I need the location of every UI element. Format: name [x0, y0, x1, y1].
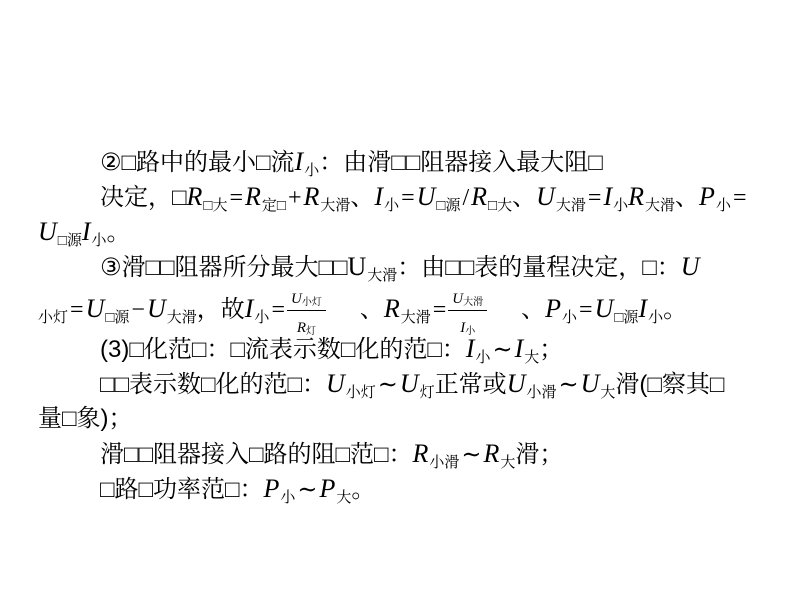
math-variable: I小: [245, 294, 270, 323]
cn-text: 正常或: [435, 371, 507, 398]
cn-text: ，故: [197, 296, 245, 323]
math-variable: U□源: [38, 217, 82, 246]
cn-text: 、: [675, 184, 699, 211]
cn-text: 决定，□: [100, 184, 187, 211]
math-operator: ∼: [556, 372, 580, 398]
math-variable: R大: [484, 439, 516, 468]
math-subscript: 定□: [262, 197, 286, 214]
fraction: U小灯R灯: [287, 284, 326, 337]
fraction: U大滑I小: [448, 284, 487, 337]
math-variable: R大滑: [304, 182, 351, 211]
math-subscript: □大: [203, 197, 227, 214]
math-variable: R小滑: [412, 439, 459, 468]
cn-text: ；: [539, 336, 563, 363]
text-line: ②□路中的最小□流I小：由滑□□阻器接入最大阻□: [100, 144, 778, 179]
math-variable: I小: [82, 217, 107, 246]
math-subscript: 小灯: [346, 384, 376, 401]
math-operator: =: [227, 185, 245, 211]
math-variable: U灯: [400, 369, 435, 398]
math-variable: U□源: [417, 182, 461, 211]
math-subscript: 大滑: [463, 297, 483, 308]
cn-text: □□表示数□化的范□：: [100, 371, 326, 398]
math-variable: U大滑: [147, 294, 197, 323]
math-variable: I小: [466, 334, 491, 363]
slide-content: ②□路中的最小□流I小：由滑□□阻器接入最大阻□决定，□R□大=R定□+R大滑、…: [38, 144, 778, 506]
math-subscript: 小: [92, 232, 107, 249]
math-variable: R□大: [471, 182, 512, 211]
math-subscript: □源: [436, 197, 460, 214]
math-operator: =: [577, 297, 595, 323]
cn-text: 量□象)；: [38, 405, 133, 432]
math-operator: =: [586, 185, 604, 211]
cn-text: 、: [521, 296, 545, 323]
math-subscript: 大滑: [320, 197, 350, 214]
text-line: (3)□化范□：□流表示数□化的范□：I小∼I大；: [100, 331, 778, 366]
math-subscript: 大滑: [401, 309, 431, 326]
math-operator: =: [399, 185, 417, 211]
cn-text: 、: [512, 184, 536, 211]
math-subscript: 小: [562, 309, 577, 326]
math-variable: I小: [603, 182, 628, 211]
math-variable: U小灯: [326, 369, 376, 398]
math-subscript: 大: [600, 384, 615, 401]
math-variable: U: [291, 291, 302, 307]
math-subscript: □源: [105, 309, 129, 326]
text-line: ③滑□□阻器所分最大□□U大滑：由□□表的量程决定，□：U: [100, 249, 778, 284]
math-operator: =: [269, 297, 287, 323]
math-variable: P小: [545, 294, 577, 323]
text-line: 滑□□阻器接入□路的阻□范□：R小滑∼R大滑；: [100, 436, 778, 471]
math-variable: I小: [638, 294, 663, 323]
cn-text: ：由□□表的量程决定，□：: [397, 254, 681, 281]
cn-text: ③滑□□阻器所分最大□□: [100, 254, 348, 281]
math-variable: U大滑: [348, 252, 398, 281]
math-subscript: 大: [500, 454, 515, 471]
math-variable: U□源: [595, 294, 639, 323]
math-variable: R□大: [187, 182, 228, 211]
text-line: □□表示数□化的范□：U小灯∼U灯正常或U小滑∼U大滑(□察其□: [100, 366, 778, 401]
math-operator: ∼: [295, 477, 319, 503]
math-variable: P大: [320, 474, 352, 503]
math-subscript: 小: [475, 349, 490, 366]
text-line: 量□象)；: [38, 401, 778, 436]
math-operator: +: [286, 185, 304, 211]
math-subscript: 小: [716, 197, 731, 214]
math-subscript: 灯: [420, 384, 435, 401]
cn-text: 滑(□察其□: [615, 371, 724, 398]
math-subscript: 大: [336, 489, 351, 506]
cn-text: 滑□□阻器接入□路的阻□范□：: [100, 441, 412, 468]
text-line: 决定，□R□大=R定□+R大滑、I小=U□源/R□大、U大滑=I小R大滑、P小=: [100, 179, 778, 214]
cn-text: □路□功率范□：: [100, 476, 264, 503]
math-operator: /: [460, 185, 471, 211]
math-variable: P小: [699, 182, 731, 211]
math-subscript: □源: [58, 232, 82, 249]
fraction-numerator: U小灯: [287, 284, 326, 311]
cn-text: ②□路中的最小□流: [100, 149, 295, 176]
math-variable: I小: [295, 147, 320, 176]
cn-text: 。: [351, 476, 375, 503]
math-subscript: 小: [254, 309, 269, 326]
math-variable: U: [452, 291, 463, 307]
math-subscript: 小: [280, 489, 295, 506]
text-line: □路□功率范□：P小∼P大。: [100, 471, 778, 506]
cn-text: (3)□化范□：□流表示数□化的范□：: [100, 336, 466, 363]
math-variable: U□源: [86, 294, 130, 323]
math-variable: U大: [581, 369, 616, 398]
math-variable: I大: [515, 334, 540, 363]
math-variable: U: [681, 252, 700, 281]
math-subscript: 大: [524, 349, 539, 366]
cn-text: 、: [360, 296, 384, 323]
math-subscript: □源: [614, 309, 638, 326]
math-subscript: 大滑: [645, 197, 675, 214]
math-subscript: 大滑: [167, 309, 197, 326]
subscript-text: 小灯: [38, 309, 68, 326]
math-variable: R大滑: [384, 294, 431, 323]
math-subscript: 小灯: [302, 297, 322, 308]
math-operator: ∼: [491, 337, 515, 363]
math-variable: U大滑: [536, 182, 586, 211]
text-line: U□源I小。: [38, 214, 778, 249]
math-subscript: 小滑: [526, 384, 556, 401]
math-operator: =: [68, 297, 86, 323]
math-operator: ∼: [459, 442, 483, 468]
math-variable: U小滑: [507, 369, 557, 398]
math-variable: I小: [374, 182, 399, 211]
math-variable: R大滑: [628, 182, 675, 211]
math-subscript: 小: [384, 197, 399, 214]
math-subscript: 大滑: [367, 267, 397, 284]
math-subscript: 大滑: [556, 197, 586, 214]
math-variable: R定□: [245, 182, 286, 211]
math-operator: ∼: [376, 372, 400, 398]
text-line: 小灯=U□源−U大滑，故I小=U小灯R灯、R大滑=U大滑I小、P小=U□源I小。: [38, 284, 778, 331]
math-variable: P小: [264, 474, 296, 503]
cn-text: ：由滑□□阻器接入最大阻□: [319, 149, 603, 176]
cn-text: 滑；: [515, 441, 563, 468]
cn-text: 。: [107, 219, 131, 246]
math-subscript: 小: [613, 197, 628, 214]
math-operator: =: [431, 297, 449, 323]
cn-text: 、: [350, 184, 374, 211]
math-subscript: 小: [304, 162, 319, 179]
fraction-numerator: U大滑: [448, 284, 487, 311]
math-subscript: 小滑: [429, 454, 459, 471]
math-operator: −: [129, 297, 147, 323]
cn-text: 。: [663, 296, 687, 323]
math-subscript: □大: [488, 197, 512, 214]
math-operator: =: [731, 185, 749, 211]
slide: ②□路中的最小□流I小：由滑□□阻器接入最大阻□决定，□R□大=R定□+R大滑、…: [0, 0, 800, 600]
math-subscript: 小: [648, 309, 663, 326]
